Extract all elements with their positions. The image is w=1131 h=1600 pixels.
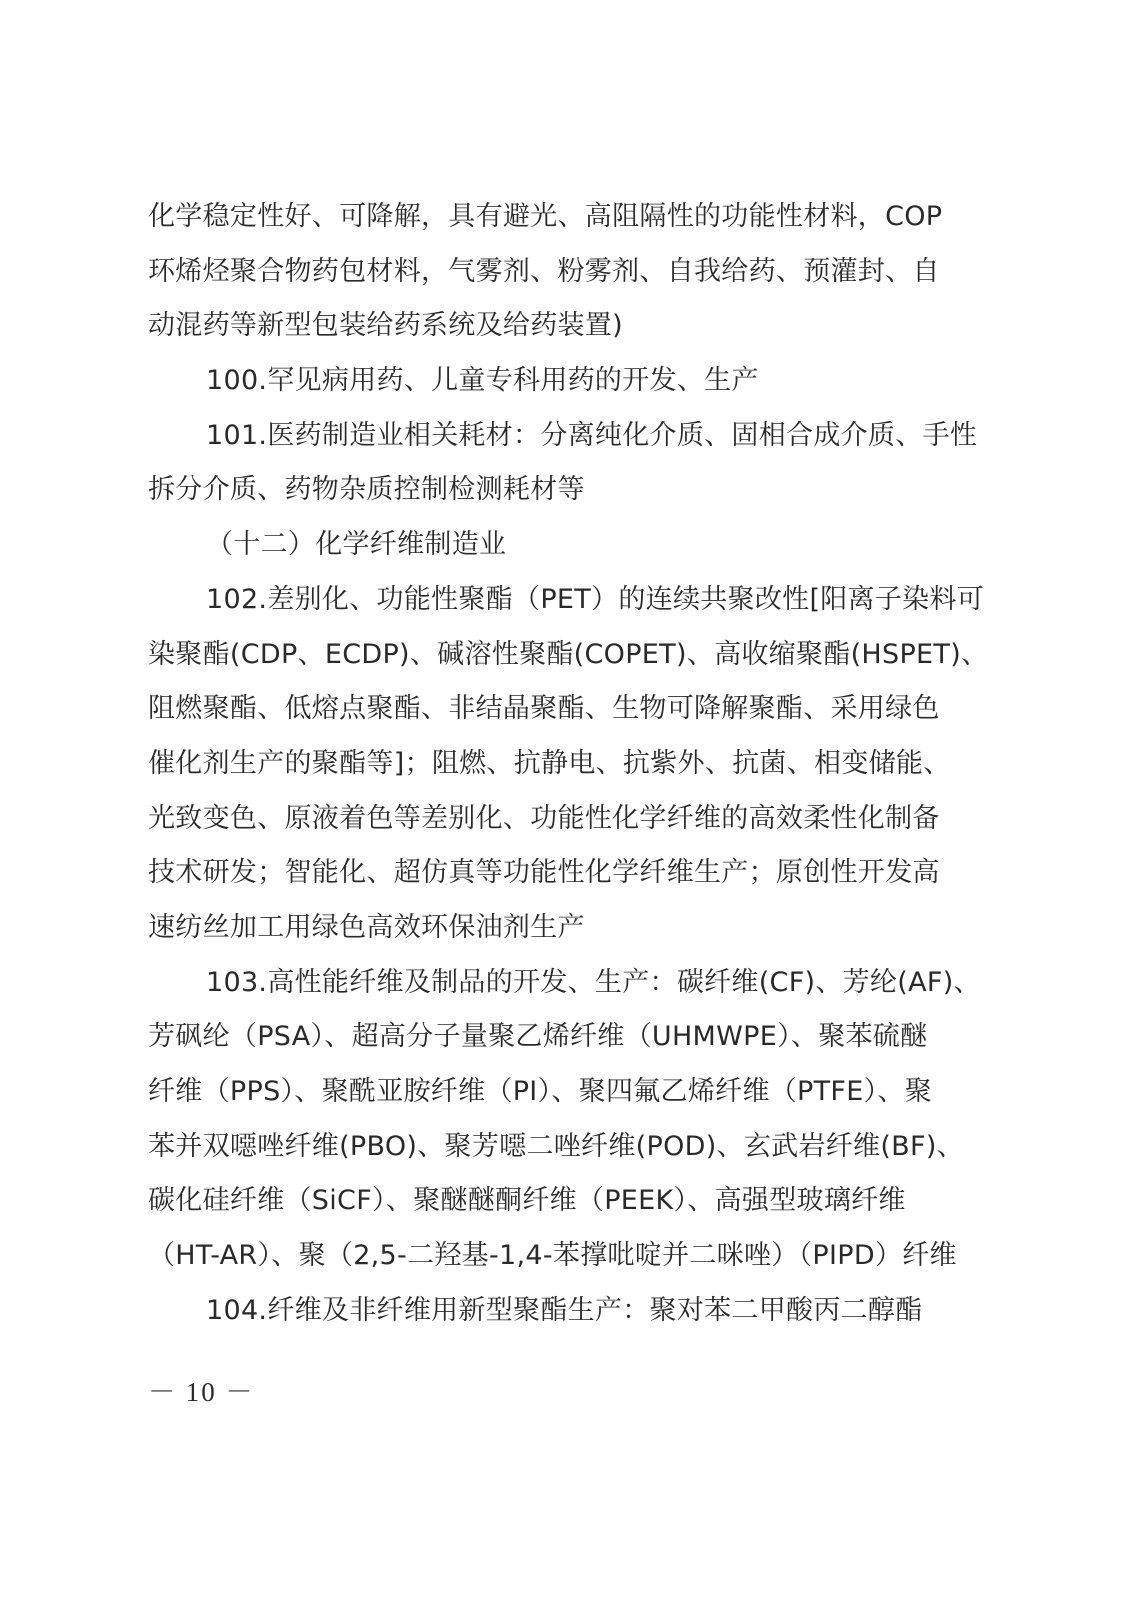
item-102: 102.差别化、功能性聚酯（PET）的连续共聚改性[阳离子染料可	[148, 573, 972, 628]
section-heading: （十二）化学纤维制造业	[148, 518, 972, 573]
item-104: 104.纤维及非纤维用新型聚酯生产：聚对苯二甲酸丙二醇酯	[148, 1284, 972, 1339]
text-line: 芳砜纶（PSA）、超高分子量聚乙烯纤维（UHMWPE）、聚苯硫醚	[148, 1010, 972, 1065]
text-line: 技术研发；智能化、超仿真等功能性化学纤维生产；原创性开发高	[148, 846, 972, 901]
item-103: 103.高性能纤维及制品的开发、生产：碳纤维(CF)、芳纶(AF)、	[148, 956, 972, 1011]
text-line: 动混药等新型包装给药系统及给药装置)	[148, 299, 972, 354]
page-number: － 10 －	[148, 1370, 255, 1409]
text-line: 光致变色、原液着色等差别化、功能性化学纤维的高效柔性化制备	[148, 792, 972, 847]
text-line: 纤维（PPS）、聚酰亚胺纤维（PI）、聚四氟乙烯纤维（PTFE）、聚	[148, 1065, 972, 1120]
text-line: 速纺丝加工用绿色高效环保油剂生产	[148, 901, 972, 956]
item-100: 100.罕见病用药、儿童专科用药的开发、生产	[148, 354, 972, 409]
text-line: 化学稳定性好、可降解，具有避光、高阻隔性的功能性材料，COP	[148, 190, 972, 245]
text-line: 苯并双噁唑纤维(PBO)、聚芳噁二唑纤维(POD)、玄武岩纤维(BF)、	[148, 1120, 972, 1175]
text-line: 环烯烃聚合物药包材料，气雾剂、粉雾剂、自我给药、预灌封、自	[148, 245, 972, 300]
text-line: 染聚酯(CDP、ECDP)、碱溶性聚酯(COPET)、高收缩聚酯(HSPET)、	[148, 628, 972, 683]
item-101: 101.医药制造业相关耗材：分离纯化介质、固相合成介质、手性	[148, 409, 972, 464]
text-line: 催化剂生产的聚酯等]；阻燃、抗静电、抗紫外、抗菌、相变储能、	[148, 737, 972, 792]
text-line: 碳化硅纤维（SiCF）、聚醚醚酮纤维（PEEK）、高强型玻璃纤维	[148, 1174, 972, 1229]
document-body: 化学稳定性好、可降解，具有避光、高阻隔性的功能性材料，COP 环烯烃聚合物药包材…	[148, 190, 972, 1338]
text-line: （HT-AR）、聚（2,5-二羟基-1,4-苯撑吡啶并二咪唑）（PIPD）纤维	[148, 1229, 972, 1284]
text-line: 阻燃聚酯、低熔点聚酯、非结晶聚酯、生物可降解聚酯、采用绿色	[148, 682, 972, 737]
text-line: 拆分介质、药物杂质控制检测耗材等	[148, 463, 972, 518]
